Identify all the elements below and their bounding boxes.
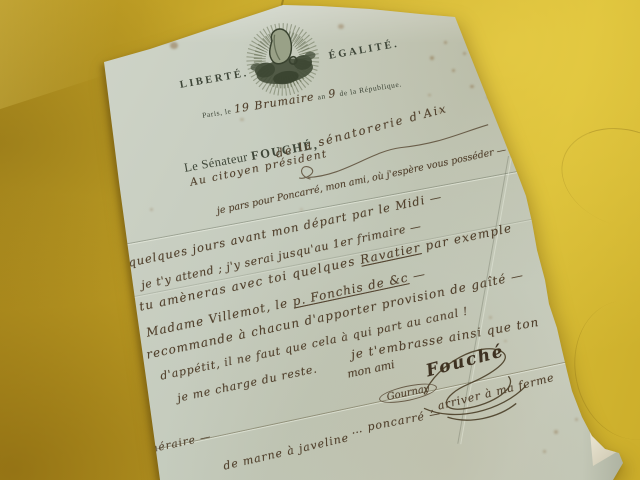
folded-corner xyxy=(588,430,624,468)
fox-stain xyxy=(501,108,504,111)
fox-stain xyxy=(495,78,498,81)
fox-stain xyxy=(428,94,431,96)
body-fragment: par exemple xyxy=(419,221,513,254)
dateline-printed-suffix: de la République. xyxy=(339,79,403,98)
fox-stain xyxy=(430,56,434,60)
fox-stain xyxy=(470,85,474,88)
fox-stain xyxy=(170,42,178,49)
fox-stain xyxy=(479,64,482,66)
dateline-printed-city: Paris, le xyxy=(201,106,232,120)
paper-sheet: LIBERTÉ. ÉGALITÉ. Paris, le19 Brumairean… xyxy=(0,0,640,480)
fox-stain xyxy=(543,450,546,453)
fox-stain xyxy=(452,69,455,72)
postscript-line: de marne à javeline xyxy=(222,431,350,473)
dateline-printed-an: an xyxy=(317,91,327,101)
fox-stain xyxy=(240,118,244,121)
fox-stain xyxy=(487,96,490,99)
fox-stain xyxy=(540,158,543,161)
fox-stain xyxy=(548,244,551,246)
dateline-handwritten-year: 9 xyxy=(327,87,337,101)
motto-egalite: ÉGALITÉ. xyxy=(328,39,400,62)
postscript-line: … poncarré — xyxy=(350,407,442,437)
fox-stain xyxy=(564,278,567,281)
fox-stain xyxy=(463,52,466,55)
fox-stain xyxy=(554,430,558,434)
fox-stain xyxy=(444,41,447,44)
fox-stain xyxy=(554,194,558,198)
fox-stain xyxy=(338,24,344,29)
letter-paper: LIBERTÉ. ÉGALITÉ. Paris, le19 Brumairean… xyxy=(0,0,640,480)
fox-stain xyxy=(300,208,303,211)
fox-stain xyxy=(156,30,173,43)
fox-stain xyxy=(489,316,492,319)
fox-stain xyxy=(150,208,153,211)
body-fragment-underlined: Ravatier xyxy=(359,240,422,266)
photo-stage: LIBERTÉ. ÉGALITÉ. Paris, le19 Brumairean… xyxy=(0,0,640,480)
fox-stain xyxy=(575,418,578,421)
postscript-line: l'itinéraire — xyxy=(128,431,213,460)
body-fragment: — xyxy=(407,267,427,284)
